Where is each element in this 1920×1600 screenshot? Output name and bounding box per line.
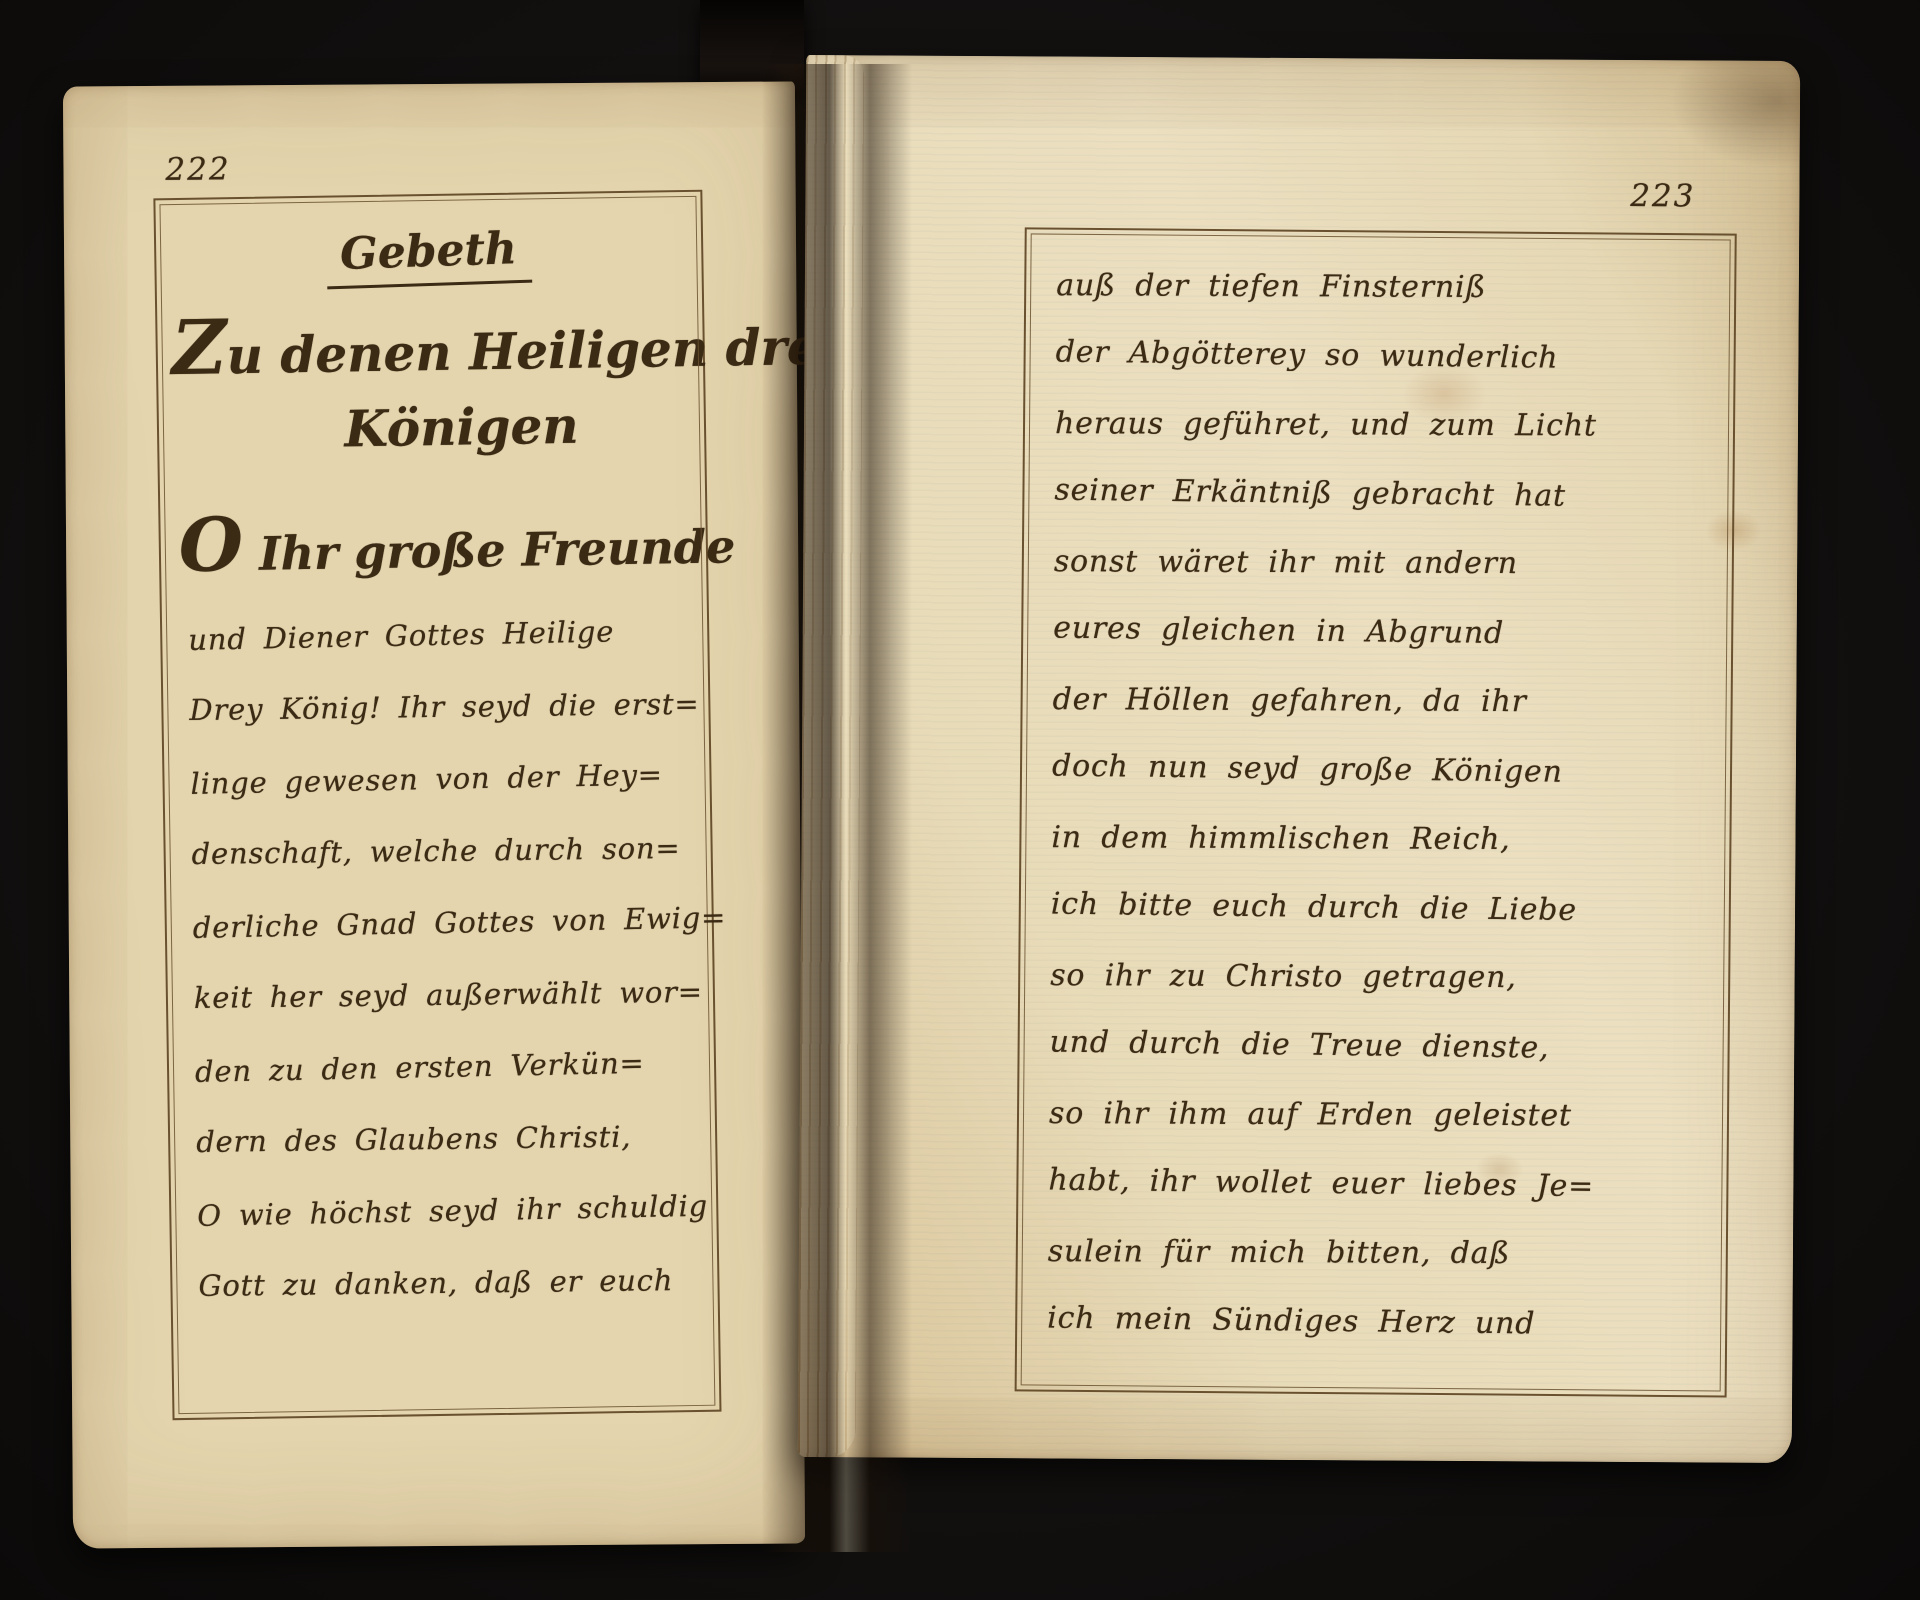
page-left: 222 Gebeth Zu denen Heiligen drey Könige… (63, 81, 805, 1548)
prayer-title: Gebeth (326, 223, 533, 290)
page-frame-left: Gebeth Zu denen Heiligen drey Königen O … (153, 190, 721, 1420)
manuscript-line: O wie höchst seyd ihr schuldig (197, 1170, 693, 1252)
right-page-text-block: auß der tiefen Finsternißder Abgötterey … (1017, 229, 1735, 1359)
manuscript-line: so ihr ihm auf Erden geleistet (1049, 1079, 1701, 1151)
manuscript-line: sulein für mich bitten, daß (1048, 1217, 1700, 1289)
manuscript-line: und Diener Gottes Heilige (188, 594, 684, 676)
page-right: 223 auß der tiefen Finsternißder Abgötte… (798, 55, 1801, 1463)
manuscript-line: in dem himmlischen Reich, (1051, 803, 1703, 875)
prayer-heading-line1: Zu denen Heiligen drey (171, 296, 703, 392)
manuscript-line: und durch die Treue dienste, (1049, 1007, 1702, 1084)
prayer-opening-line: O Ihr große Freunde (178, 495, 706, 589)
manuscript-line: sonst wäret ihr mit andern (1054, 527, 1706, 599)
page-number-right: 223 (1630, 178, 1695, 214)
manuscript-line: doch nun seyd große Königen (1052, 732, 1705, 809)
manuscript-line: ich mein Sündiges Herz und (1047, 1283, 1700, 1360)
manuscript-line: habt, ihr wollet euer liebes Je= (1048, 1145, 1701, 1222)
manuscript-line: derliche Gnad Gottes von Ewig= (192, 882, 688, 964)
prayer-title-wrap: Gebeth (156, 222, 702, 291)
manuscript-line: denschaft, welche durch son= (191, 812, 687, 890)
stacked-page-edges (798, 55, 865, 1457)
manuscript-line: so ihr zu Christo getragen, (1050, 941, 1702, 1013)
manuscript-line: den zu den ersten Verkün= (194, 1026, 690, 1108)
prayer-heading-line2: Königen (219, 394, 705, 461)
manuscript-line: eures gleichen in Abgrund (1053, 594, 1706, 671)
photo-background: 222 Gebeth Zu denen Heiligen drey Könige… (0, 0, 1920, 1600)
manuscript-line: der Abgötterey so wunderlich (1055, 318, 1708, 395)
manuscript-line: seiner Erkäntniß gebracht hat (1054, 456, 1707, 533)
left-page-text-block: und Diener Gottes HeiligeDrey König! Ihr… (162, 581, 718, 1323)
page-number-left: 222 (165, 151, 230, 187)
manuscript-line: Gott zu danken, daß er euch (198, 1244, 694, 1322)
manuscript-line: der Höllen gefahren, da ihr (1053, 665, 1705, 737)
manuscript-line: dern des Glaubens Christi, (196, 1100, 692, 1178)
manuscript-line: auß der tiefen Finsterniß (1056, 251, 1708, 323)
page-frame-right: auß der tiefen Finsternißder Abgötterey … (1015, 227, 1737, 1397)
manuscript-line: Drey König! Ihr seyd die erst= (189, 668, 685, 746)
bookmark-ribbon (700, 0, 804, 94)
manuscript-line: ich bitte euch durch die Liebe (1050, 870, 1703, 947)
manuscript-line: linge gewesen von der Hey= (190, 738, 686, 820)
manuscript-line: keit her seyd außerwählt wor= (193, 956, 689, 1034)
manuscript-line: heraus geführet, und zum Licht (1055, 389, 1707, 461)
